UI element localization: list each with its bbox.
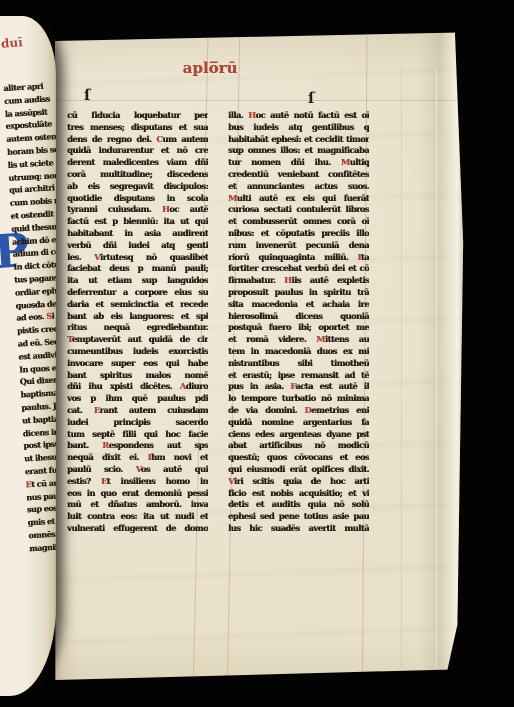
text-line: eos in quo erat demoniū pessi — [67, 488, 208, 500]
text-segment: bant. — [67, 440, 102, 450]
text-line: omnēs fere vi — [28, 526, 56, 542]
text-segment: iudei principis sacerdo — [67, 417, 208, 427]
text-segment: tur nomen dñi ihu. — [228, 157, 341, 167]
text-segment: invocare super eos qui habe — [67, 358, 208, 368]
text-line: ab eis segregavit discipulos: — [67, 181, 208, 193]
text-segment: habitabāt ephesi: et cecidit timor — [228, 134, 369, 144]
text-segment: vos p ihm quē paulus pdi — [67, 393, 208, 403]
text-segment: i spm — [51, 310, 56, 321]
text-line: bant spiritus malos nomē — [67, 370, 208, 382]
text-line: lo tempore turbatio nō minima — [228, 393, 369, 405]
text-line: rum invenerūt pecuniā dena — [228, 240, 369, 252]
text-segment: t cū audiss — [31, 476, 56, 488]
text-segment: bus iudeis atq gentilibus q — [228, 122, 369, 132]
text-line: derent maledicentes viam dñi — [67, 157, 208, 169]
text-segment: acta est autē il — [295, 381, 369, 391]
text-line: tur nomen dñi ihu. Multiq — [228, 157, 369, 169]
text-line: tres menses; disputans et sua — [67, 122, 208, 134]
text-segment: bant spiritus malos nomē — [67, 370, 208, 380]
text-segment: ittens au — [325, 334, 369, 344]
text-segment: pus in asia. — [228, 381, 290, 391]
text-segment: les. — [67, 252, 94, 262]
text-segment: cum nobis re — [9, 195, 56, 208]
text-segment: ephesi sed pene totius asie pau — [228, 511, 369, 521]
text-line: nistrantibus sibi timotheū — [228, 358, 369, 370]
text-line: daria et semicinctia et recede — [67, 299, 208, 311]
text-line: ephesi sed pene totius asie pau — [228, 511, 369, 523]
text-segment: adium di co — [12, 246, 56, 259]
text-segment: et romā videre. — [228, 334, 316, 344]
text-segment: espondens aut sps — [109, 440, 208, 450]
text-segment: qui eiusmodi erāt opifices dixit. — [228, 464, 369, 474]
text-segment: sita macedonia et achaia ire — [228, 299, 369, 309]
text-line: firmabatur. Hiis autē expletis — [228, 275, 369, 287]
text-segment: expostulāte — [5, 119, 52, 132]
text-segment: horam bis se — [7, 144, 56, 157]
text-segment: quidā nomine argentarius fa — [228, 417, 369, 427]
text-segment: corā multitudine; discedens — [67, 169, 208, 179]
text-line: et annunciantes actus suos. — [228, 181, 369, 193]
text-segment: paulus. Joha — [21, 400, 56, 413]
text-line: qui eiusmodi erāt opifices dixit. — [228, 464, 369, 476]
text-segment: firmabatur. — [228, 275, 284, 285]
text-segment: estis? — [67, 476, 101, 486]
text-segment: abat artificibus nō modicū — [228, 440, 369, 450]
text-line: tum septē filii qui hoc facie — [67, 429, 208, 441]
text-segment: t insiliens homo in — [107, 476, 208, 486]
text-segment: iis autē expletis — [291, 275, 369, 285]
text-segment: Qui dixerūt. — [19, 374, 56, 387]
text-segment: irtutesq nō quaslibet — [100, 252, 208, 262]
photo-stage: aplo̅rū ſ ſ cū fiducia loquebatur pert… — [0, 0, 514, 707]
text-segment: postquā fuero ibi; oportet me — [228, 322, 369, 332]
text-line: credentiū veniebant confitētes — [228, 169, 369, 181]
text-segment: lus hic suadēs avertit multā — [228, 523, 369, 533]
ascender-flourish: ſ — [84, 86, 90, 104]
text-segment: et combusserūt omnes corā oī — [228, 216, 369, 226]
text-segment: um autem — [162, 134, 208, 144]
rubric-mark: M — [316, 334, 325, 344]
text-segment: sup eos et lo — [27, 502, 56, 515]
text-line: illa. Hoc autē notū factū est oī — [228, 110, 369, 122]
text-segment: ficio est nobis acquisitio; et vi — [228, 488, 369, 498]
text-segment: pistis credēt — [17, 323, 56, 336]
text-segment: ut baptizavit — [22, 412, 56, 425]
text-line: nequā dixit ei. Ihm novi et — [67, 452, 208, 464]
text-line: tyranni cuiusdam. Hoc autē — [67, 204, 208, 216]
text-segment: diuro — [186, 381, 208, 391]
text-segment: verbū dñi iudei atq genti — [67, 240, 208, 250]
text-segment: habitabant in asia audirent — [67, 228, 208, 238]
text-line: questū; quos cōvocans et eos — [228, 452, 369, 464]
text-line: cumeuntibus iudeis exorcistis — [67, 346, 208, 358]
text-segment: deferrentur a corpore eius su — [67, 287, 208, 297]
previous-leaf-text: aliter apricum audissla assūpsitexpostul… — [3, 79, 56, 555]
text-segment: baptismate. — [20, 387, 56, 400]
text-segment: aliter apri — [3, 81, 43, 93]
text-line: tem in macedoniā duos ex mi — [228, 346, 369, 358]
text-segment: dens de regno dei. — [67, 134, 156, 144]
text-line: sup eos et lo — [27, 500, 56, 516]
text-segment: In quos ergo — [19, 361, 56, 374]
text-line: ita ut etiam sup languidos — [67, 275, 208, 287]
text-segment: post ipsū ut — [23, 438, 56, 451]
text-line: quidā indurarentur et nō cre — [67, 145, 208, 157]
text-segment: curiosa sectati contulerūt libros — [228, 204, 369, 214]
text-segment: oc autē notū factū est oī — [255, 110, 369, 120]
text-segment: nus paulus: — [26, 489, 56, 502]
parchment-edge-crease — [436, 68, 437, 668]
text-line: et erastū; ipse remansit ad tē — [228, 370, 369, 382]
ascender-flourish: ſ — [308, 89, 314, 107]
text-line: cū fiducia loquebatur per — [67, 110, 208, 122]
text-segment: credentiū veniebant confitētes — [228, 169, 369, 179]
text-line: cat. Erant autem cuiusdam — [67, 405, 208, 417]
text-line: detis et auditis quia nō solū — [228, 499, 369, 511]
text-line: luit contra eos: ita ut nudi et — [67, 511, 208, 523]
text-line: factū est p bienniū: ita ut qui — [67, 216, 208, 228]
text-segment: quosda descip — [15, 297, 56, 310]
text-line: pus in asia. Facta est autē il — [228, 381, 369, 393]
text-line: sita macedonia et achaia ire — [228, 299, 369, 311]
text-segment: achim dō et — [12, 234, 56, 247]
text-segment: ulti autē ex eis qui fuerāt — [237, 193, 369, 203]
text-segment: cū fiducia loquebatur per — [67, 110, 208, 120]
text-segment: est audivim9 — [18, 348, 56, 361]
text-line: les. Virtutesq nō quaslibet — [67, 252, 208, 264]
text-segment: ita ut etiam sup languidos — [67, 275, 208, 285]
text-line: quotidie disputans in scola — [67, 193, 208, 205]
text-segment: ta — [361, 252, 369, 262]
text-line: ritus nequā egrediebantur. — [67, 322, 208, 334]
text-segment: In dict cōtu — [13, 259, 56, 272]
text-segment: hierosolimā dicens quoniā — [228, 311, 369, 321]
text-line: faciebat deus p manū pauli; — [67, 263, 208, 275]
manuscript-page: aplo̅rū ſ ſ cū fiducia loquebatur pert… — [50, 28, 464, 680]
text-segment: et ostendit ur — [10, 208, 56, 221]
text-line: vulnerati effugerent de domo — [67, 523, 208, 535]
text-line: corā multitudine; discedens — [67, 169, 208, 181]
text-segment: la assūpsit — [4, 106, 47, 118]
text-line: de via domini. Demetrius eni — [228, 405, 369, 417]
text-line: deferrentur a corpore eius su — [67, 287, 208, 299]
text-line: iudei principis sacerdo — [67, 417, 208, 429]
text-line: ut baptizavit — [22, 411, 56, 427]
text-line: quidā nomine argentarius fa — [228, 417, 369, 429]
text-segment: ciens edes argenteas dyane pst — [228, 429, 369, 439]
text-segment: mū et dñatus amborū. inva — [67, 499, 208, 509]
text-segment: iri scitis quia de hoc arti — [234, 476, 369, 486]
text-segment: paulū scio. — [67, 464, 136, 474]
text-segment: et erastū; ipse remansit ad tē — [228, 370, 369, 380]
text-segment: tres menses; disputans et sua — [67, 122, 208, 132]
text-line: dens de regno dei. Cum autem — [67, 134, 208, 146]
text-line: bus iudeis atq gentilibus q — [228, 122, 369, 134]
text-segment: erant fuit oī — [24, 464, 56, 477]
text-segment: ab eis segregavit discipulos: — [67, 181, 208, 191]
text-segment: illa. — [228, 110, 248, 120]
text-segment: lis ut sciete — [7, 157, 53, 170]
text-line: mū et dñatus amborū. inva — [67, 499, 208, 511]
text-line: habitabāt ephesi: et cecidit timor — [228, 134, 369, 146]
text-segment: cum audiss — [4, 93, 50, 106]
text-segment: eos in quo erat demoniū pessi — [67, 488, 208, 498]
text-segment: luit contra eos: ita ut nudi et — [67, 511, 208, 521]
text-segment: autem osten — [6, 131, 56, 144]
text-segment: questū; quos cōvocans et eos — [228, 452, 369, 462]
text-line: curiosa sectati contulerūt libros — [228, 204, 369, 216]
text-line: erant fuit oī — [24, 462, 56, 478]
text-segment: nequā dixit ei. — [67, 452, 148, 462]
text-line: nibus: et cōputatis preciis illo — [228, 228, 369, 240]
text-line: riorū quinquaginta miliū. Ita — [228, 252, 369, 264]
text-segment: nistrantibus sibi timotheū — [228, 358, 369, 368]
text-line: Multi autē ex eis qui fuerāt — [228, 193, 369, 205]
text-line: invocare super eos qui habe — [67, 358, 208, 370]
text-segment: dñi ihu xpisti dicētes. — [67, 381, 180, 391]
text-segment: omnēs fere vi — [28, 527, 56, 540]
text-column-right: illa. Hoc autē notū factū est oībus i… — [228, 110, 369, 535]
text-segment: ut ihesum. H — [24, 451, 56, 464]
text-segment: tum septē filii qui hoc facie — [67, 429, 208, 439]
text-line: Et cū audiss — [25, 475, 56, 491]
text-segment: emetrius eni — [311, 405, 369, 415]
text-segment: quotidie disputans in scola — [67, 193, 208, 203]
text-segment: rum invenerūt pecuniā dena — [228, 240, 369, 250]
parchment-crease — [401, 68, 402, 668]
text-segment: ritus nequā egrediebantur. — [67, 322, 208, 332]
text-line: ciens edes argenteas dyane pst — [228, 429, 369, 441]
text-segment: factū est p bienniū: ita ut qui — [67, 216, 208, 226]
text-segment: bant ab eis languores: et spi — [67, 311, 208, 321]
text-line: et combusserūt omnes corā oī — [228, 216, 369, 228]
text-segment: nibus: et cōputatis preciis illo — [228, 228, 369, 238]
text-line: fortiter crescebat verbū dei et cō — [228, 263, 369, 275]
text-segment: lo tempore turbatio nō minima — [228, 393, 369, 403]
text-segment: tus pagans in — [14, 272, 56, 285]
text-segment: quid thesum. — [11, 221, 56, 234]
previous-leaf-edge: duī P aliter apricum audissla assūpsitex… — [0, 16, 56, 696]
text-segment: derent maledicentes viam dñi — [67, 157, 208, 167]
text-segment: ordiar ephesū — [14, 284, 56, 297]
text-segment: emptaverūt aut quidā de cir — [72, 334, 208, 344]
text-segment: ad eos. — [16, 311, 47, 323]
text-line: Viri scitis quia de hoc arti — [228, 476, 369, 488]
text-column-left: cū fiducia loquebatur pertres menses; d… — [67, 110, 208, 535]
text-line: estis? Et insiliens homo in — [67, 476, 208, 488]
text-segment: gnis et proph — [27, 514, 56, 527]
text-segment: os autē qui — [141, 464, 208, 474]
text-segment: ad eū. Sed ne — [17, 336, 56, 349]
rubric-mark: M — [341, 157, 350, 167]
text-segment: rant autem cuiusdam — [100, 405, 208, 415]
text-segment: dicens in eū — [22, 425, 56, 438]
text-segment: riorū quinquaginta miliū. — [228, 252, 357, 262]
text-line: proposuit paulus in spiritu trā — [228, 287, 369, 299]
text-segment: ultiq — [350, 157, 369, 167]
text-segment: quidā indurarentur et nō cre — [67, 145, 208, 155]
text-segment: tem in macedoniā duos ex mi — [228, 346, 369, 356]
text-segment: vulnerati effugerent de domo — [67, 523, 208, 533]
text-segment: magnifice au — [29, 540, 56, 553]
text-line: habitabant in asia audirent — [67, 228, 208, 240]
text-line: gnis et proph — [27, 513, 56, 529]
text-line: vos p ihm quē paulus pdi — [67, 393, 208, 405]
ruling-line-horizontal — [58, 100, 456, 101]
text-line: Temptaverūt aut quidā de cir — [67, 334, 208, 346]
text-line: magnifice au — [29, 539, 56, 555]
text-line: sup omnes illos: et magnificaba — [228, 145, 369, 157]
text-segment: hm novi et — [151, 452, 208, 462]
text-line: et romā videre. Mittens au — [228, 334, 369, 346]
text-line: dñi ihu xpisti dicētes. Adiuro — [67, 381, 208, 393]
text-segment: de via domini. — [228, 405, 304, 415]
text-line: bant ab eis languores: et spi — [67, 311, 208, 323]
text-segment: oc autē — [169, 204, 208, 214]
previous-leaf-running-header: duī — [0, 35, 23, 51]
text-line: verbū dñi iudei atq genti — [67, 240, 208, 252]
text-line: lus hic suadēs avertit multā — [228, 523, 369, 535]
text-segment: daria et semicinctia et recede — [67, 299, 208, 309]
text-segment: cumeuntibus iudeis exorcistis — [67, 346, 208, 356]
text-segment: cat. — [67, 405, 94, 415]
running-header: aplo̅rū — [176, 59, 244, 77]
text-segment: qui architri — [9, 183, 55, 196]
text-segment: utrumq: non — [8, 170, 56, 183]
text-segment: faciebat deus p manū pauli; — [67, 263, 208, 273]
text-line: paulū scio. Vos autē qui — [67, 464, 208, 476]
rubric-mark: M — [228, 193, 237, 203]
text-segment: sup omnes illos: et magnificaba — [228, 145, 369, 155]
text-line: bant. Respondens aut sps — [67, 440, 208, 452]
text-line: ficio est nobis acquisitio; et vi — [228, 488, 369, 500]
text-segment: proposuit paulus in spiritu trā — [228, 287, 369, 297]
text-line: postquā fuero ibi; oportet me — [228, 322, 369, 334]
text-segment: tyranni cuiusdam. — [67, 204, 162, 214]
text-line: est audivim9 — [18, 347, 56, 363]
text-line: hierosolimā dicens quoniā — [228, 311, 369, 323]
text-line: abat artificibus nō modicū — [228, 440, 369, 452]
text-segment: detis et auditis quia nō solū — [228, 499, 369, 509]
text-segment: et annunciantes actus suos. — [228, 181, 369, 191]
text-segment: fortiter crescebat verbū dei et cō — [228, 263, 369, 273]
